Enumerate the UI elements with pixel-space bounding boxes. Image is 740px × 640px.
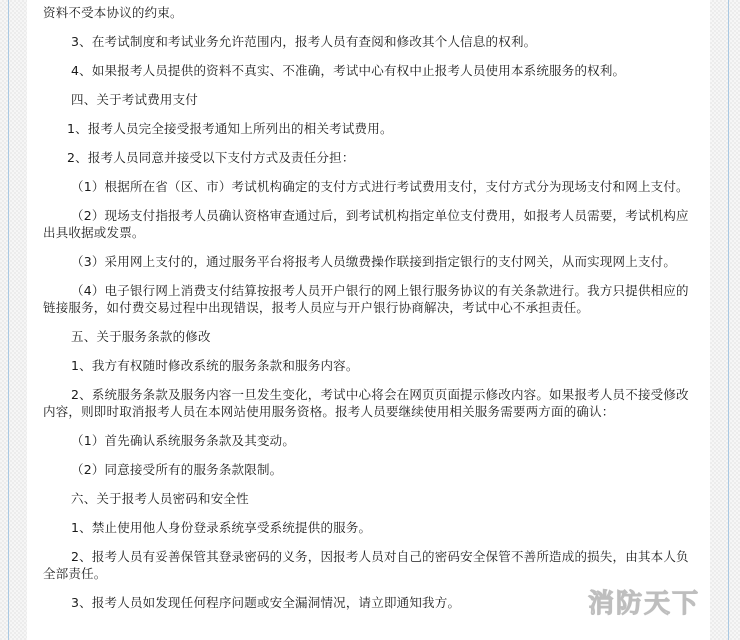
fee-subclause-2: （2）现场支付指报考人员确认资格审查通过后，到考试机构指定单位支付费用，如报考人…	[43, 207, 693, 241]
fee-subclause-3: （3）采用网上支付的，通过服务平台将报考人员缴费操作联接到指定银行的支付网关，从…	[43, 253, 693, 270]
fee-clause-2: 2、报考人员同意并接受以下支付方式及责任分担：	[43, 149, 693, 166]
section-heading-password-security: 六、关于报考人员密码和安全性	[43, 490, 693, 507]
modification-subclause-1: （1）首先确认系统服务条款及其变动。	[43, 432, 693, 449]
left-margin-strip	[0, 0, 27, 640]
modification-clause-2: 2、系统服务条款及服务内容一旦发生变化，考试中心将会在网页页面提示修改内容。如果…	[43, 386, 693, 420]
fee-subclause-4: （4）电子银行网上消费支付结算按报考人员开户银行的网上银行服务协议的有关条款进行…	[43, 282, 693, 316]
clause-3-view-modify-info: 3、在考试制度和考试业务允许范围内，报考人员有查阅和修改其个人信息的权利。	[43, 33, 693, 50]
fee-subclause-1: （1）根据所在省（区、市）考试机构确定的支付方式进行考试费用支付，支付方式分为现…	[43, 178, 693, 195]
right-margin-strip	[710, 0, 740, 640]
fee-clause-1: 1、报考人员完全接受报考通知上所列出的相关考试费用。	[43, 120, 693, 137]
section-heading-fee-payment: 四、关于考试费用支付	[43, 91, 693, 108]
left-border-line	[8, 0, 9, 640]
right-border-line	[728, 0, 729, 640]
modification-clause-1: 1、我方有权随时修改系统的服务条款和服务内容。	[43, 357, 693, 374]
security-clause-2: 2、报考人员有妥善保管其登录密码的义务，因报考人员对自己的密码安全保管不善所造成…	[43, 548, 693, 582]
section-heading-terms-modification: 五、关于服务条款的修改	[43, 328, 693, 345]
modification-subclause-2: （2）同意接受所有的服务条款限制。	[43, 461, 693, 478]
security-clause-1: 1、禁止使用他人身份登录系统享受系统提供的服务。	[43, 519, 693, 536]
paragraph-continuation: 资料不受本协议的约束。	[43, 4, 693, 21]
agreement-text-body: 资料不受本协议的约束。 3、在考试制度和考试业务允许范围内，报考人员有查阅和修改…	[43, 0, 693, 623]
watermark-logo: 消防天下	[588, 583, 700, 620]
clause-4-false-info: 4、如果报考人员提供的资料不真实、不准确，考试中心有权中止报考人员使用本系统服务…	[43, 62, 693, 79]
